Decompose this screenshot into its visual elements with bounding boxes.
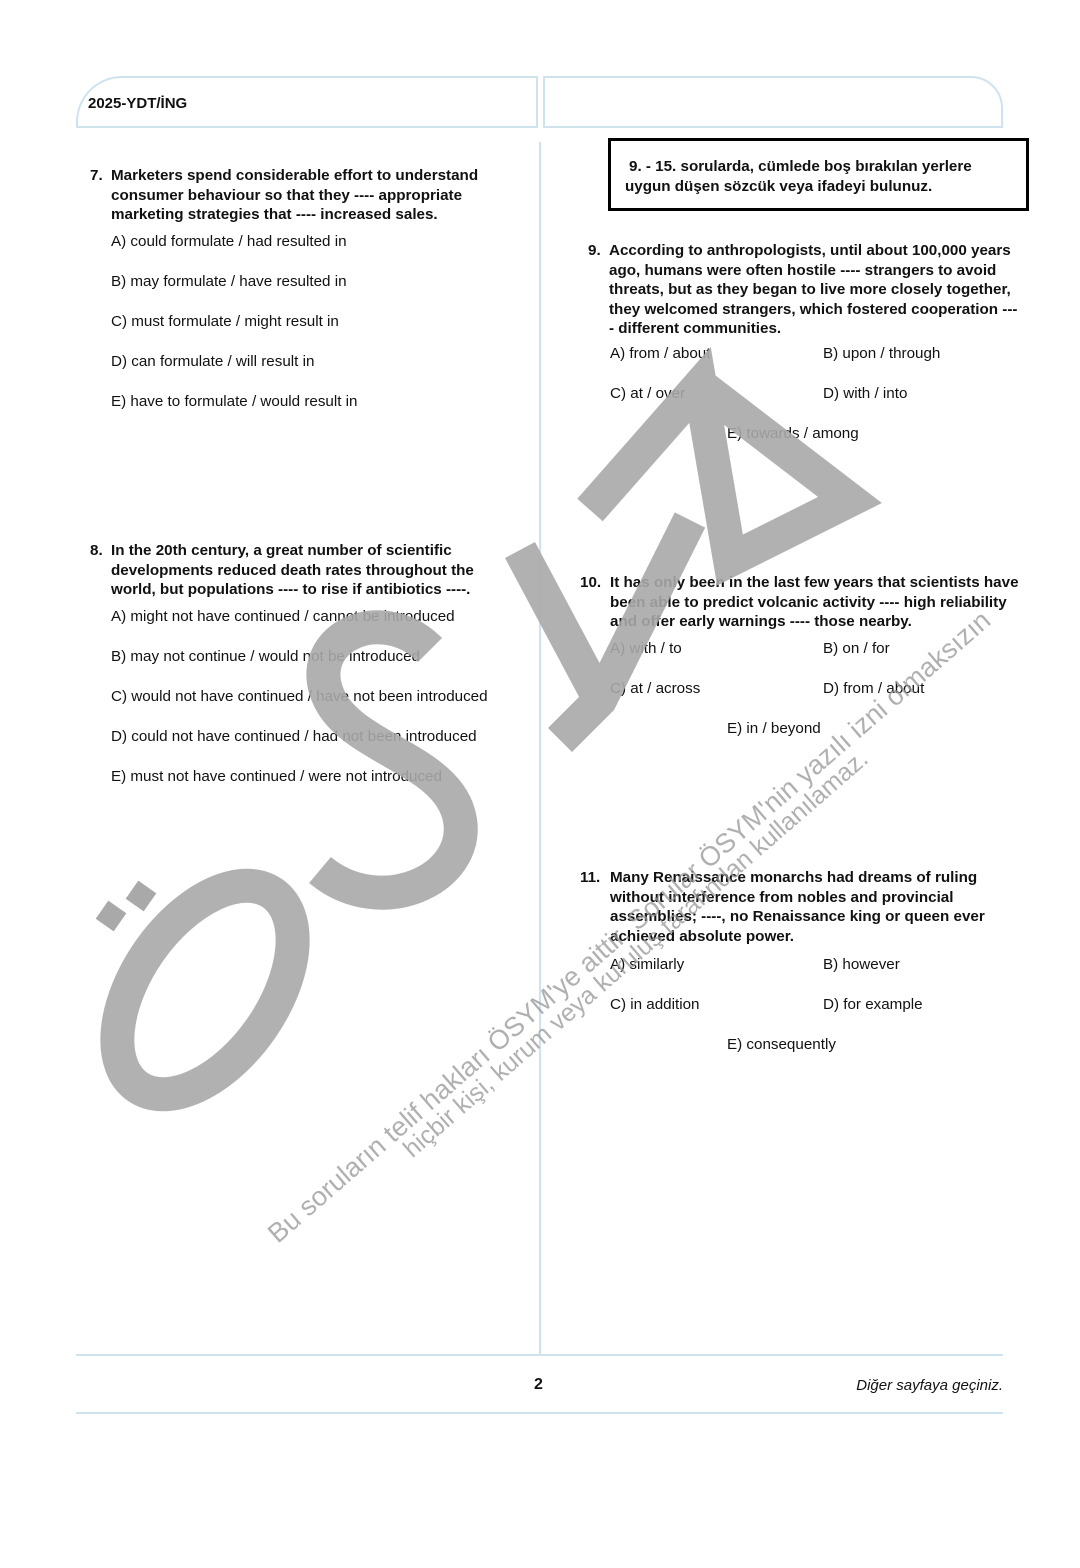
instruction-box: 9. - 15. sorularda, cümlede boş bırakıla… — [608, 138, 1029, 211]
header-left-box: 2025-YDT/İNG — [76, 76, 538, 128]
exam-title: 2025-YDT/İNG — [88, 95, 187, 112]
question-number: 11. — [580, 868, 600, 888]
question-9: 9. According to anthropologists, until a… — [588, 241, 1018, 339]
option-b[interactable]: B) however — [823, 956, 900, 973]
instruction-text: 9. - 15. sorularda, cümlede boş bırakıla… — [625, 157, 972, 196]
option-d[interactable]: D) could not have continued / had not be… — [111, 728, 477, 745]
option-e[interactable]: E) must not have continued / were not in… — [111, 768, 442, 785]
header-right-box — [543, 76, 1003, 128]
question-8: 8. In the 20th century, a great number o… — [90, 541, 522, 600]
page-number: 2 — [534, 1376, 543, 1394]
watermark-line-2: hiçbir kişi, kurum veya kuruluş tarafınd… — [398, 745, 874, 1164]
question-number: 8. — [90, 541, 103, 561]
option-d[interactable]: D) can formulate / will result in — [111, 353, 314, 370]
column-divider — [539, 142, 541, 1354]
question-number: 9. — [588, 241, 601, 261]
footer-top-rule — [76, 1354, 1003, 1356]
question-7: 7. Marketers spend considerable effort t… — [90, 166, 520, 225]
option-c[interactable]: C) at / across — [610, 680, 700, 697]
option-b[interactable]: B) upon / through — [823, 345, 940, 362]
option-a[interactable]: A) might not have continued / cannot be … — [111, 608, 455, 625]
option-a[interactable]: A) could formulate / had resulted in — [111, 233, 347, 250]
question-stem: Marketers spend considerable effort to u… — [111, 166, 520, 225]
option-d[interactable]: D) for example — [823, 996, 923, 1013]
instruction-line-1: 9. - 15. sorularda, cümlede boş bırakıla… — [625, 157, 972, 177]
instruction-line-2: uygun düşen sözcük veya ifadeyi bulunuz. — [625, 177, 972, 197]
next-page-note: Diğer sayfaya geçiniz. — [856, 1377, 1003, 1394]
option-c[interactable]: C) at / over — [610, 385, 685, 402]
option-b[interactable]: B) may formulate / have resulted in — [111, 273, 347, 290]
option-a[interactable]: A) from / about — [610, 345, 710, 362]
option-e[interactable]: E) towards / among — [727, 425, 859, 442]
option-b[interactable]: B) may not continue / would not be intro… — [111, 648, 420, 665]
question-number: 7. — [90, 166, 103, 186]
question-number: 10. — [580, 573, 601, 593]
option-b[interactable]: B) on / for — [823, 640, 890, 657]
option-c[interactable]: C) in addition — [610, 996, 700, 1013]
footer-bottom-rule — [76, 1412, 1003, 1414]
question-stem: According to anthropologists, until abou… — [609, 241, 1018, 339]
question-stem: In the 20th century, a great number of s… — [111, 541, 522, 600]
option-e[interactable]: E) in / beyond — [727, 720, 821, 737]
option-c[interactable]: C) must formulate / might result in — [111, 313, 339, 330]
option-a[interactable]: A) with / to — [610, 640, 682, 657]
option-d[interactable]: D) with / into — [823, 385, 907, 402]
option-c[interactable]: C) would not have continued / have not b… — [111, 688, 488, 705]
option-e[interactable]: E) consequently — [727, 1036, 836, 1053]
option-e[interactable]: E) have to formulate / would result in — [111, 393, 358, 410]
